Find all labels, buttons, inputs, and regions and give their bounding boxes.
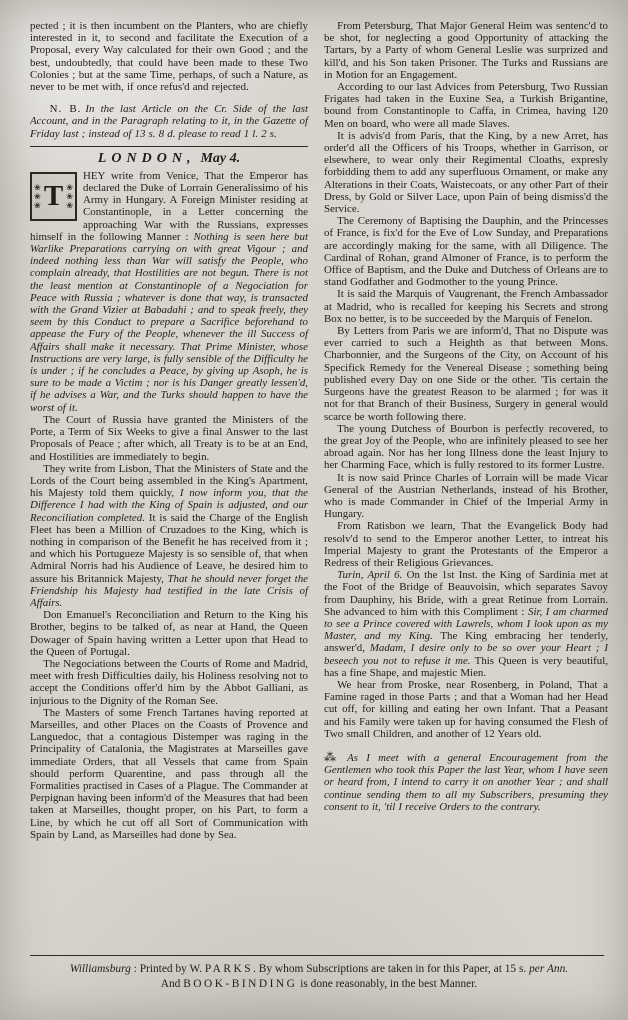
news-paragraph-paris-arret: It is advis'd from Paris, that the King,… (324, 130, 608, 215)
imprint-bookbinding: BOOK-BINDING (183, 978, 297, 990)
news-paragraph-lorrain: It is now said Prince Charles of Lorrain… (324, 472, 608, 521)
news-paragraph-venice: ❀ ❀ ❀T❀ ❀ ❀HEY write from Venice, That t… (30, 170, 308, 414)
column-left: pected ; it is then incumbent on the Pla… (30, 20, 308, 946)
dropcap-letter-t: T (44, 181, 63, 211)
news-paragraph-russia-court: The Court of Russia have granted the Min… (30, 414, 308, 463)
news-paragraph-petersburg: From Petersburg, That Major General Heim… (324, 20, 608, 81)
imprint-subscriptions: . By whom Subscriptions are taken in for… (253, 963, 529, 975)
news-paragraph-advices: According to our last Advices from Peter… (324, 81, 608, 130)
news-paragraph-negociations: The Negociations between the Courts of R… (30, 658, 308, 707)
publisher-notice: ⁂As I meet with a general Encouragement … (324, 751, 608, 813)
imprint-line-2: And BOOK-BINDING is done reasonably, in … (30, 977, 608, 992)
footer-rule (30, 955, 604, 956)
imprint: Williamsburg : Printed by W. PARKS. By w… (30, 962, 608, 991)
page-columns: pected ; it is then incumbent on the Pla… (30, 20, 608, 946)
news-paragraph-vaugrenant: It is said the Marquis of Vaugrenant, th… (324, 288, 608, 325)
imprint-place: Williamsburg (70, 963, 131, 975)
news-paragraph-bourbon: The young Dutchess of Bourbon is perfect… (324, 423, 608, 472)
imprint-and: And (161, 978, 183, 990)
news-paragraph-baptism: The Ceremony of Baptising the Dauphin, a… (324, 215, 608, 288)
imprint-printer-name: PARKS (205, 963, 253, 975)
heading-date: May 4. (200, 151, 240, 166)
newspaper-page: pected ; it is then incumbent on the Pla… (0, 0, 628, 1020)
ornamental-dropcap-block: ❀ ❀ ❀T❀ ❀ ❀ (30, 172, 77, 221)
news-paragraph-don-emanuel: Don Emanuel's Reconciliation and Return … (30, 609, 308, 658)
venice-quote: Nothing is seen here but Warlike Prepara… (30, 231, 308, 414)
news-paragraph-ratisbon: From Ratisbon we learn, That the Evangel… (324, 520, 608, 569)
section-heading-london: LONDON,May 4. (30, 151, 308, 167)
news-paragraph-nb-correction: N. B.In the last Article on the Cr. Side… (30, 103, 308, 140)
imprint-manner: is done reasonably, in the best Manner. (297, 978, 477, 990)
news-paragraph-lisbon: They write from Lisbon, That the Ministe… (30, 463, 308, 609)
asterism-icon: ⁂ (324, 750, 341, 764)
news-paragraph-charbonnier: By Letters from Paris we are inform'd, T… (324, 325, 608, 423)
nb-label: N. B. (50, 103, 82, 115)
news-paragraph-tartanes: The Masters of some French Tartanes havi… (30, 707, 308, 841)
fleuron-ornament-icon: ❀ ❀ ❀ (66, 183, 73, 210)
news-paragraph-planters: pected ; it is then incumbent on the Pla… (30, 20, 308, 93)
news-paragraph-turin: Turin, April 6. On the 1st Inst. the Kin… (324, 569, 608, 679)
imprint-per-ann: per Ann. (529, 963, 568, 975)
imprint-line-1: Williamsburg : Printed by W. PARKS. By w… (30, 962, 608, 977)
news-paragraph-proske: We hear from Proske, near Rosenberg, in … (324, 679, 608, 740)
section-divider-rule (30, 146, 308, 147)
turin-dateline: Turin, April 6. (337, 569, 402, 581)
imprint-printed-by: : Printed by W. (131, 963, 205, 975)
column-right: From Petersburg, That Major General Heim… (324, 20, 608, 946)
publisher-notice-text: As I meet with a general Encouragement f… (324, 752, 608, 813)
heading-city: LONDON, (98, 151, 196, 166)
fleuron-ornament-icon: ❀ ❀ ❀ (34, 183, 41, 210)
